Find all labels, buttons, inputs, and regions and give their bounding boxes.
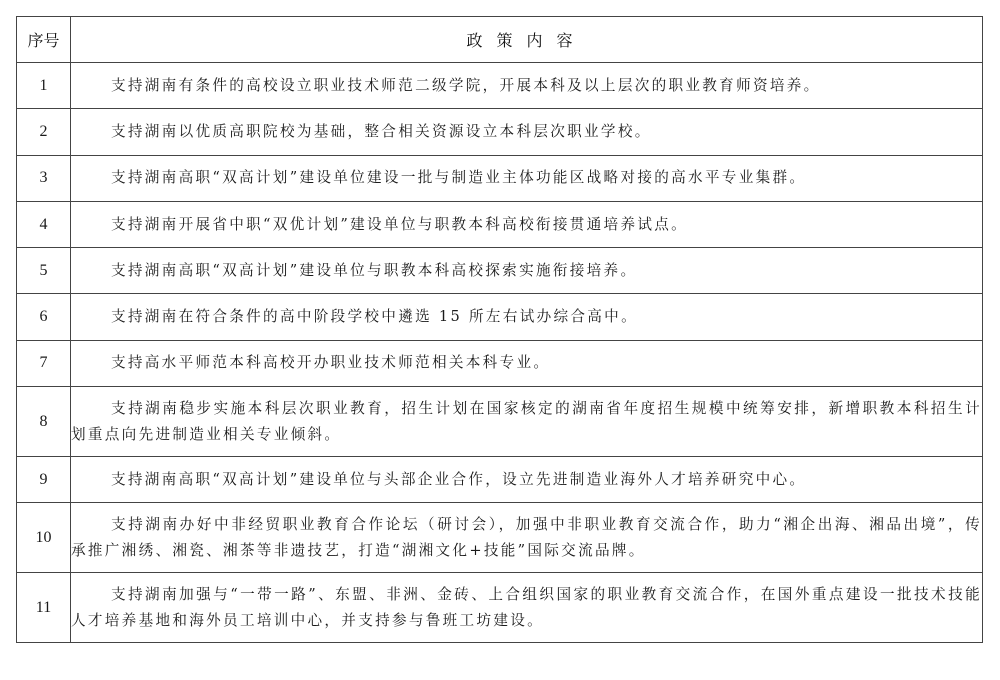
policy-text: 支持湖南开展省中职“双优计划”建设单位与职教本科高校衔接贯通培养试点。: [71, 211, 982, 239]
row-number: 6: [17, 294, 71, 340]
row-number: 11: [17, 573, 71, 643]
table-header-row: 序号 政策内容: [17, 17, 983, 63]
row-content: 支持高水平师范本科高校开办职业技术师范相关本科专业。: [71, 340, 983, 386]
row-number: 5: [17, 248, 71, 294]
row-content: 支持湖南在符合条件的高中阶段学校中遴选 15 所左右试办综合高中。: [71, 294, 983, 340]
table-row: 10 支持湖南办好中非经贸职业教育合作论坛（研讨会），加强中非职业教育交流合作，…: [17, 503, 983, 573]
row-number: 1: [17, 63, 71, 109]
header-content: 政策内容: [71, 17, 983, 63]
row-number: 10: [17, 503, 71, 573]
policy-text: 支持湖南办好中非经贸职业教育合作论坛（研讨会），加强中非职业教育交流合作，助力“…: [71, 512, 982, 564]
row-content: 支持湖南有条件的高校设立职业技术师范二级学院，开展本科及以上层次的职业教育师资培…: [71, 63, 983, 109]
table-row: 8 支持湖南稳步实施本科层次职业教育，招生计划在国家核定的湖南省年度招生规模中统…: [17, 387, 983, 457]
row-number: 8: [17, 387, 71, 457]
row-number: 3: [17, 155, 71, 201]
policy-text: 支持湖南有条件的高校设立职业技术师范二级学院，开展本科及以上层次的职业教育师资培…: [71, 72, 982, 100]
row-content: 支持湖南开展省中职“双优计划”建设单位与职教本科高校衔接贯通培养试点。: [71, 201, 983, 247]
table-row: 9 支持湖南高职“双高计划”建设单位与头部企业合作，设立先进制造业海外人才培养研…: [17, 457, 983, 503]
table-row: 4 支持湖南开展省中职“双优计划”建设单位与职教本科高校衔接贯通培养试点。: [17, 201, 983, 247]
table-row: 6 支持湖南在符合条件的高中阶段学校中遴选 15 所左右试办综合高中。: [17, 294, 983, 340]
policy-text: 支持湖南高职“双高计划”建设单位与职教本科高校探索实施衔接培养。: [71, 257, 982, 285]
table-row: 3 支持湖南高职“双高计划”建设单位建设一批与制造业主体功能区战略对接的高水平专…: [17, 155, 983, 201]
table-row: 5 支持湖南高职“双高计划”建设单位与职教本科高校探索实施衔接培养。: [17, 248, 983, 294]
row-content: 支持湖南高职“双高计划”建设单位与头部企业合作，设立先进制造业海外人才培养研究中…: [71, 457, 983, 503]
table-row: 1 支持湖南有条件的高校设立职业技术师范二级学院，开展本科及以上层次的职业教育师…: [17, 63, 983, 109]
policy-text: 支持湖南在符合条件的高中阶段学校中遴选 15 所左右试办综合高中。: [71, 303, 982, 331]
policy-text: 支持湖南以优质高职院校为基础，整合相关资源设立本科层次职业学校。: [71, 118, 982, 146]
row-content: 支持湖南高职“双高计划”建设单位建设一批与制造业主体功能区战略对接的高水平专业集…: [71, 155, 983, 201]
policy-text: 支持湖南高职“双高计划”建设单位建设一批与制造业主体功能区战略对接的高水平专业集…: [71, 164, 982, 192]
policy-text: 支持湖南稳步实施本科层次职业教育，招生计划在国家核定的湖南省年度招生规模中统筹安…: [71, 396, 982, 448]
row-number: 2: [17, 109, 71, 155]
row-content: 支持湖南高职“双高计划”建设单位与职教本科高校探索实施衔接培养。: [71, 248, 983, 294]
row-content: 支持湖南办好中非经贸职业教育合作论坛（研讨会），加强中非职业教育交流合作，助力“…: [71, 503, 983, 573]
row-number: 4: [17, 201, 71, 247]
policy-table: 序号 政策内容 1 支持湖南有条件的高校设立职业技术师范二级学院，开展本科及以上…: [16, 16, 983, 643]
row-content: 支持湖南稳步实施本科层次职业教育，招生计划在国家核定的湖南省年度招生规模中统筹安…: [71, 387, 983, 457]
policy-text: 支持湖南高职“双高计划”建设单位与头部企业合作，设立先进制造业海外人才培养研究中…: [71, 466, 982, 494]
policy-text: 支持高水平师范本科高校开办职业技术师范相关本科专业。: [71, 349, 982, 377]
header-number: 序号: [17, 17, 71, 63]
row-content: 支持湖南加强与“一带一路”、东盟、非洲、金砖、上合组织国家的职业教育交流合作，在…: [71, 573, 983, 643]
row-number: 7: [17, 340, 71, 386]
table-row: 2 支持湖南以优质高职院校为基础，整合相关资源设立本科层次职业学校。: [17, 109, 983, 155]
table-row: 7 支持高水平师范本科高校开办职业技术师范相关本科专业。: [17, 340, 983, 386]
row-number: 9: [17, 457, 71, 503]
row-content: 支持湖南以优质高职院校为基础，整合相关资源设立本科层次职业学校。: [71, 109, 983, 155]
table-row: 11 支持湖南加强与“一带一路”、东盟、非洲、金砖、上合组织国家的职业教育交流合…: [17, 573, 983, 643]
policy-text: 支持湖南加强与“一带一路”、东盟、非洲、金砖、上合组织国家的职业教育交流合作，在…: [71, 582, 982, 634]
